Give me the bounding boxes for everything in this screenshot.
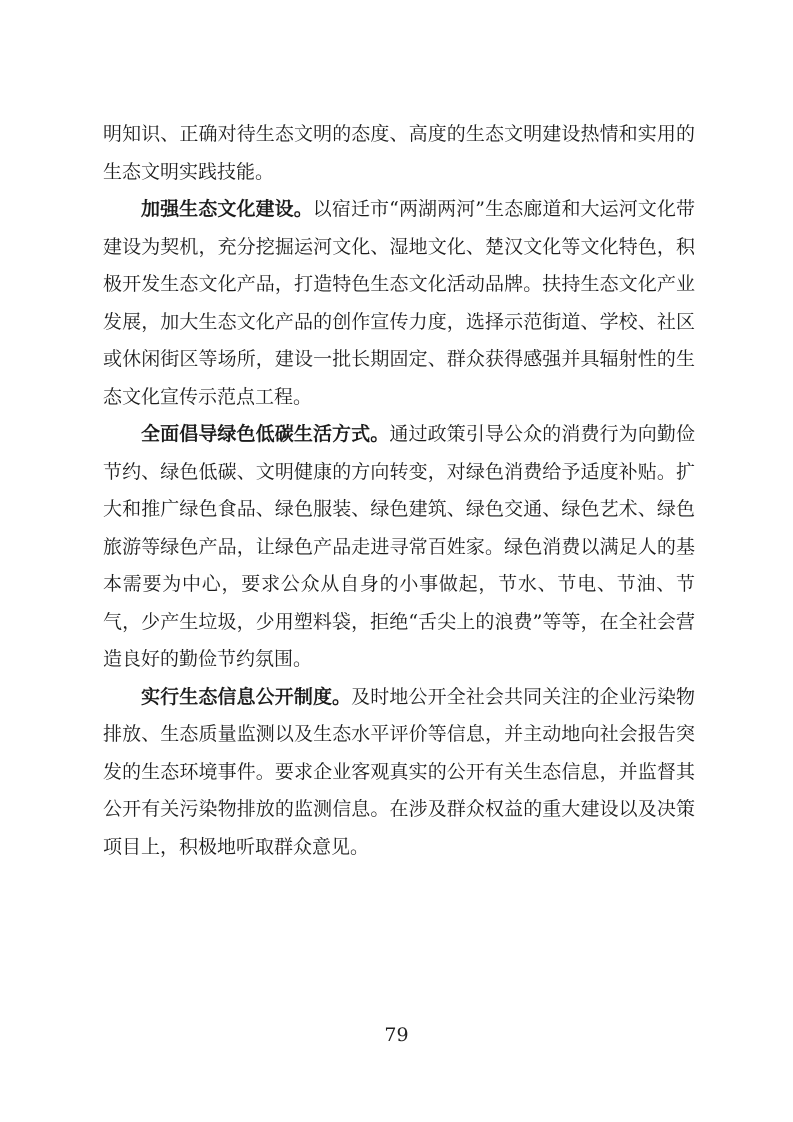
body-text: 明知识、正确对待生态文明的态度、高度的生态文明建设热情和实用的生态文明实践技能。…	[103, 116, 695, 866]
paragraph-text: 及时地公开全社会共同关注的企业污染物排放、生态质量监测以及生态水平评价等信息，并…	[103, 686, 695, 858]
paragraph-lead: 全面倡导绿色低碳生活方式。	[141, 423, 389, 445]
paragraph: 实行生态信息公开制度。及时地公开全社会共同关注的企业污染物排放、生态质量监测以及…	[103, 679, 695, 867]
paragraph-text: 通过政策引导公众的消费行为向勤俭节约、绿色低碳、文明健康的方向转变，对绿色消费给…	[103, 423, 695, 670]
paragraph-text: 以宿迁市“两湖两河”生态廊道和大运河文化带建设为契机，充分挖掘运河文化、湿地文化…	[103, 198, 695, 408]
paragraph-lead: 加强生态文化建设。	[141, 198, 313, 220]
page-number: 79	[0, 1022, 793, 1048]
paragraph: 全面倡导绿色低碳生活方式。通过政策引导公众的消费行为向勤俭节约、绿色低碳、文明健…	[103, 416, 695, 679]
paragraph-lead: 实行生态信息公开制度。	[141, 686, 351, 708]
paragraph-text: 明知识、正确对待生态文明的态度、高度的生态文明建设热情和实用的生态文明实践技能。	[103, 123, 695, 183]
paragraph: 明知识、正确对待生态文明的态度、高度的生态文明建设热情和实用的生态文明实践技能。	[103, 116, 695, 191]
paragraph: 加强生态文化建设。以宿迁市“两湖两河”生态廊道和大运河文化带建设为契机，充分挖掘…	[103, 191, 695, 416]
document-page: 明知识、正确对待生态文明的态度、高度的生态文明建设热情和实用的生态文明实践技能。…	[0, 0, 793, 1122]
